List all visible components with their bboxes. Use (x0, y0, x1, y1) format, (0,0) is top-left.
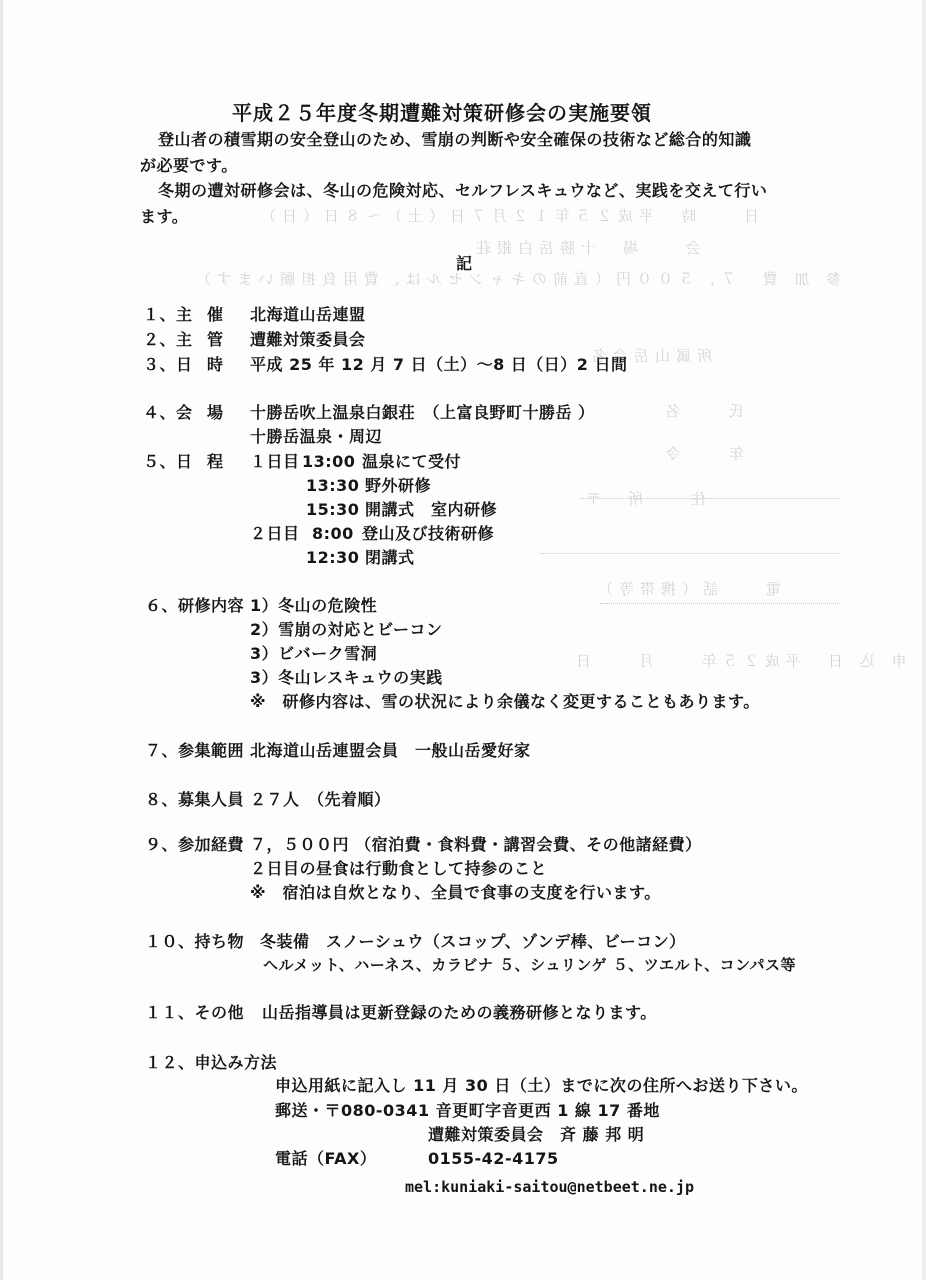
show-through-text: 会 場 十勝岳白銀荘 (470, 237, 701, 258)
item-scope-label: ７、参集範囲 (145, 741, 244, 761)
schedule-event: 開講式 室内研修 (365, 500, 497, 520)
scanned-document-page: 日 時 平成２５年１２月７日（土）～８日（日） 会 場 十勝岳白銀荘 参 加 費… (0, 0, 926, 1280)
item-manager-label: ２、主 (143, 330, 193, 350)
schedule-event: 野外研修 (365, 476, 431, 496)
show-through-text: 参 加 費 ７，５００円（直前のキャンセルは、費用負担願います） (190, 268, 842, 289)
intro-line: 冬期の遭対研修会は、冬山の危険対応、セルフレスキュウなど、実践を交えて行い (158, 181, 767, 201)
content-list-item: 3）冬山レスキュウの実践 (250, 668, 443, 688)
item-datetime-label: ３、日 (143, 355, 193, 375)
show-through-text: 申 込 日 平成２５年 月 日 (570, 650, 907, 671)
item-other-value: 山岳指導員は更新登録のための義務研修となります。 (262, 1003, 657, 1023)
item-manager-value: 遭難対策委員会 (250, 330, 366, 350)
item-belongings-value: 冬装備 スノーシュウ（スコップ、ゾンデ棒、ビーコン） (260, 932, 686, 952)
scan-left-edge (0, 0, 3, 1280)
show-through-text: 年 令 (660, 443, 744, 464)
item-fee-line2: ２日目の昼食は行動食として持参のこと (250, 859, 547, 879)
schedule-time: 12:30 (306, 548, 359, 568)
item-venue-value-line2: 十勝岳温泉・周辺 (250, 427, 382, 447)
item-fee-label: ９、参加経費 (145, 835, 244, 855)
content-list-item: 2）雪崩の対応とビーコン (250, 620, 443, 640)
application-phone: 0155-42-4175 (428, 1149, 559, 1169)
item-content-label: ６、研修内容 (145, 596, 244, 616)
item-application-label: １２、申込み方法 (145, 1053, 277, 1073)
item-fee-note: ※ 宿泊は自炊となり、全員で食事の支度を行います。 (250, 883, 661, 903)
item-scope-value: 北海道山岳連盟会員 一般山岳愛好家 (250, 741, 531, 761)
item-venue-label: ４、会 (143, 403, 193, 423)
content-note: ※ 研修内容は、雪の状況により余儀なく変更することもあります。 (250, 692, 760, 712)
schedule-day: ２日目 (250, 524, 300, 544)
application-email: mel:kuniaki-saitou@netbeet.ne.jp (405, 1177, 694, 1197)
item-other-label: １１、その他 (145, 1003, 244, 1023)
item-venue-label-tail: 場 (207, 403, 224, 423)
show-through-text: 電 話（携帯等） (592, 578, 781, 599)
item-schedule-label: ５、日 (143, 452, 193, 472)
schedule-time: 8:00 (312, 524, 354, 544)
ki-heading: 記 (456, 254, 473, 274)
application-contact-name: 遭難対策委員会 斉 藤 邦 明 (428, 1125, 644, 1145)
document-title: 平成２５年度冬期遭難対策研修会の実施要領 (232, 100, 652, 126)
scan-right-edge (922, 0, 926, 1280)
intro-line: 登山者の積雪期の安全登山のため、雪崩の判断や安全確保の技術など総合的知識 (158, 130, 751, 150)
intro-line: ます。 (140, 207, 188, 227)
item-datetime-value: 平成 25 年 12 月 7 日（土）～8 日（日）2 日間 (250, 355, 628, 375)
content-list-item: 1）冬山の危険性 (250, 596, 377, 616)
show-through-text: 日 時 平成２５年１２月７日（土）～８日（日） (255, 205, 759, 226)
item-schedule-label-tail: 程 (207, 452, 224, 472)
item-belongings-line2: ヘルメット、ハーネス、カラビナ ５、シュリンゲ ５、ツエルト、コンパス等 (263, 955, 796, 975)
schedule-event: 温泉にて受付 (362, 452, 461, 472)
show-through-dotted-line (540, 553, 840, 554)
application-phone-label: 電話（FAX） (275, 1149, 376, 1169)
schedule-day: １日目 (250, 452, 300, 472)
schedule-time: 15:30 (306, 500, 359, 520)
schedule-time: 13:00 (302, 452, 355, 472)
show-through-text: 氏 名 (660, 400, 744, 421)
show-through-dotted-line (600, 603, 840, 604)
item-capacity-label: ８、募集人員 (145, 790, 244, 810)
item-capacity-value: ２７人 （先着順） (250, 790, 391, 810)
item-venue-value: 十勝岳吹上温泉白銀荘 （上富良野町十勝岳 ） (250, 403, 595, 423)
schedule-event: 登山及び技術研修 (362, 524, 494, 544)
item-organizer-value: 北海道山岳連盟 (250, 305, 366, 325)
schedule-time: 13:30 (306, 476, 359, 496)
schedule-event: 閉講式 (365, 548, 415, 568)
item-organizer-label-tail: 催 (207, 305, 224, 325)
content-list-item: 3）ビバーク雪洞 (250, 644, 377, 664)
item-manager-label-tail: 管 (207, 330, 224, 350)
item-belongings-label: １０、持ち物 (145, 932, 244, 952)
intro-line: が必要です。 (140, 156, 238, 176)
application-instructions: 申込用紙に記入し 11 月 30 日（土）までに次の住所へお送り下さい。 (275, 1076, 808, 1096)
application-mail-address: 郵送・〒080-0341 音更町字音更西 1 線 17 番地 (275, 1101, 660, 1121)
item-fee-value: ７，５００円 （宿泊費・食料費・講習会費、その他諸経費） (250, 835, 702, 855)
item-organizer-label: １、主 (143, 305, 193, 325)
show-through-dotted-line (580, 498, 840, 499)
item-datetime-label-tail: 時 (207, 355, 224, 375)
